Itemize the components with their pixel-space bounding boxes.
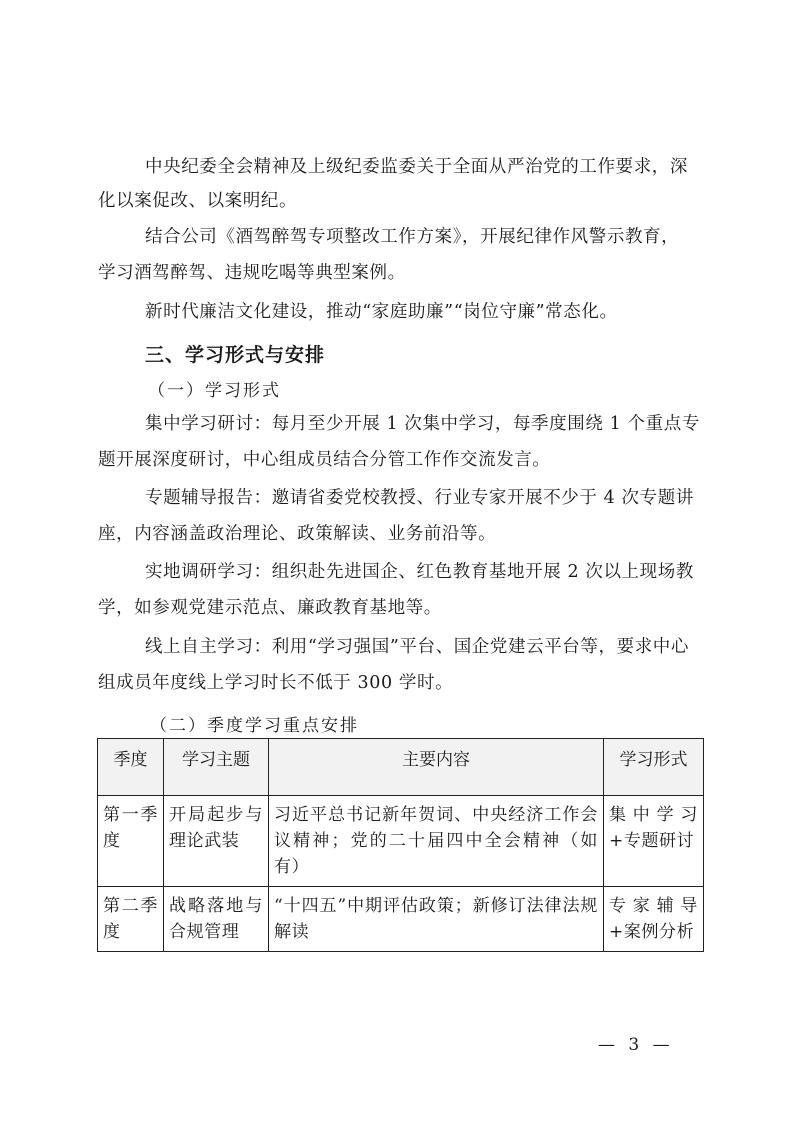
table-row: 第二季度 战略落地与合规管理 “十四五”中期评估政策；新修订法律法规解读 专家辅… xyxy=(98,887,704,952)
form-line: 专题辅导报告：邀请省委党校教授、行业专家开展不少于 4 次专题讲 xyxy=(145,481,749,515)
header-theme: 学习主题 xyxy=(164,739,269,796)
cell-quarter: 第一季度 xyxy=(98,796,164,887)
cell-content: “十四五”中期评估政策；新修订法律法规解读 xyxy=(269,887,604,952)
document-page: 中央纪委全会精神及上级纪委监委关于全面从严治党的工作要求，深 化以案促改、以案明… xyxy=(0,0,793,1122)
subheading-schedule: （二）季度学习重点安排 xyxy=(150,711,359,736)
cell-form: 集中学习+专题研讨 xyxy=(604,796,704,887)
cell-quarter: 第二季度 xyxy=(98,887,164,952)
section-heading: 三、学习形式与安排 xyxy=(145,340,325,367)
cell-theme: 战略落地与合规管理 xyxy=(164,887,269,952)
quarterly-schedule-table: 季度 学习主题 主要内容 学习形式 第一季度 开局起步与理论武装 习近平总书记新… xyxy=(97,738,704,952)
table-row: 第一季度 开局起步与理论武装 习近平总书记新年贺词、中央经济工作会议精神；党的二… xyxy=(98,796,704,887)
header-content: 主要内容 xyxy=(269,739,604,796)
form-line: 实地调研学习：组织赴先进国企、红色教育基地开展 2 次以上现场教 xyxy=(145,555,749,589)
paragraph-line: 化以案促改、以案明纪。 xyxy=(98,184,702,218)
paragraph-line: 学习酒驾醉驾、违规吃喝等典型案例。 xyxy=(98,256,702,290)
form-line: 线上自主学习：利用“学习强国”平台、国企党建云平台等，要求中心 xyxy=(145,630,749,664)
paragraph-line: 结合公司《酒驾醉驾专项整改工作方案》，开展纪律作风警示教育， xyxy=(145,220,749,254)
cell-content: 习近平总书记新年贺词、中央经济工作会议精神；党的二十届四中全会精神（如有） xyxy=(269,796,604,887)
subheading-forms: （一）学习形式 xyxy=(148,376,281,401)
form-line: 组成员年度线上学习时长不低于 300 学时。 xyxy=(98,666,702,700)
form-line: 集中学习研讨：每月至少开展 1 次集中学习，每季度围绕 1 个重点专 xyxy=(145,407,749,441)
cell-form: 专家辅导+案例分析 xyxy=(604,887,704,952)
paragraph-line: 新时代廉洁文化建设，推动“家庭助廉”“岗位守廉”常态化。 xyxy=(145,295,749,329)
paragraph-line: 中央纪委全会精神及上级纪委监委关于全面从严治党的工作要求，深 xyxy=(145,150,749,184)
header-form: 学习形式 xyxy=(604,739,704,796)
page-number: — 3 — xyxy=(598,1035,674,1055)
header-quarter: 季度 xyxy=(98,739,164,796)
cell-theme: 开局起步与理论武装 xyxy=(164,796,269,887)
form-line: 座，内容涵盖政治理论、政策解读、业务前沿等。 xyxy=(98,517,702,551)
form-line: 学，如参观党建示范点、廉政教育基地等。 xyxy=(98,591,702,625)
table-header-row: 季度 学习主题 主要内容 学习形式 xyxy=(98,739,704,796)
form-line: 题开展深度研讨，中心组成员结合分管工作作交流发言。 xyxy=(98,443,702,477)
